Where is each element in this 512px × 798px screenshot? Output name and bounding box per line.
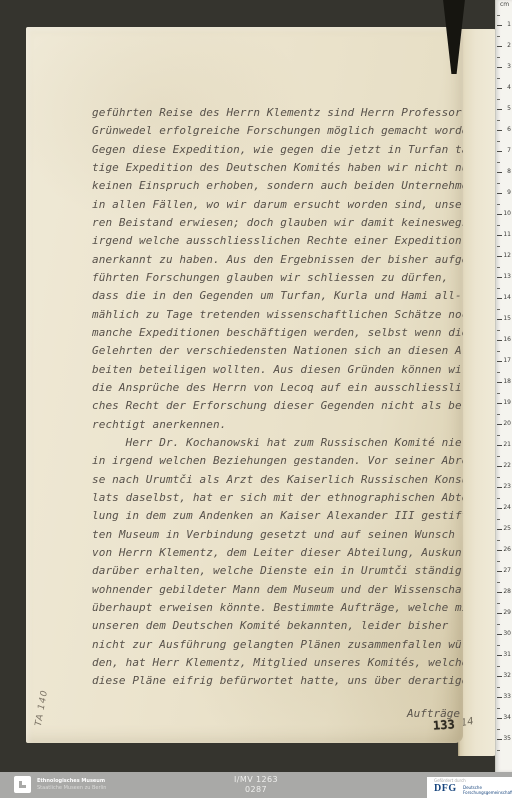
typewritten-line: lung in dem zum Andenken an Kaiser Alexa… xyxy=(92,507,463,525)
typewritten-text-block: geführten Reise des Herrn Klementz sind … xyxy=(92,104,463,691)
ruler-number: 17 xyxy=(503,358,511,364)
ruler-number: 33 xyxy=(503,694,511,700)
typewritten-line: tige Expedition des Deutschen Komités ha… xyxy=(92,159,463,177)
dfg-full-name: Deutsche Forschungsgemeinschaft xyxy=(463,785,512,795)
ruler-number: 16 xyxy=(503,337,511,343)
document-page: geführten Reise des Herrn Klementz sind … xyxy=(26,27,463,743)
ruler-tick-major xyxy=(497,109,502,110)
typewritten-line: ches Recht der Erforschung dieser Gegend… xyxy=(92,397,463,415)
dfg-name-line2: Forschungsgemeinschaft xyxy=(463,790,512,795)
ruler-number: 34 xyxy=(503,715,511,721)
ruler-tick-major xyxy=(497,172,502,173)
ruler-number: 32 xyxy=(503,673,511,679)
ruler-tick-minor xyxy=(497,183,500,184)
ruler-number: 18 xyxy=(503,379,511,385)
typewritten-line: Gegen diese Expedition, wie gegen die je… xyxy=(92,141,463,159)
ruler-number: 4 xyxy=(507,85,511,91)
typewritten-line: rechtigt anerkennen. xyxy=(92,416,463,434)
typewritten-line: mählich zu Tage tretenden wissenschaftli… xyxy=(92,306,463,324)
typewritten-line: von Herrn Klementz, dem Leiter dieser Ab… xyxy=(92,544,463,562)
ruler-tick-major xyxy=(497,508,502,509)
ruler-tick-minor xyxy=(497,141,500,142)
ruler-tick-major xyxy=(497,46,502,47)
ruler-tick-minor xyxy=(497,267,500,268)
ruler-tick-major xyxy=(497,676,502,677)
ruler-number: 29 xyxy=(503,610,511,616)
ruler-tick-minor xyxy=(497,372,500,373)
ruler-tick-minor xyxy=(497,57,500,58)
typewritten-line: die Ansprüche des Herrn von Lecoq auf ei… xyxy=(92,379,463,397)
ruler-tick-major xyxy=(497,319,502,320)
ruler-number: 31 xyxy=(503,652,511,658)
ruler-tick-minor xyxy=(497,309,500,310)
ruler-number: 9 xyxy=(507,190,511,196)
ruler-tick-major xyxy=(497,193,502,194)
typewritten-line: wohnender gebildeter Mann dem Museum und… xyxy=(92,581,463,599)
ruler-tick-minor xyxy=(497,99,500,100)
ruler-tick-major xyxy=(497,592,502,593)
ruler-tick-major xyxy=(497,151,502,152)
ruler-tick-minor xyxy=(497,246,500,247)
ruler-number: 11 xyxy=(503,232,511,238)
ruler-number: 5 xyxy=(507,106,511,112)
ruler-tick-minor xyxy=(497,435,500,436)
ruler-number: 2 xyxy=(507,43,511,49)
ruler-tick-minor xyxy=(497,393,500,394)
scan-viewer: 14 geführten Reise des Herrn Klementz si… xyxy=(0,0,512,798)
ruler-number: 24 xyxy=(503,505,511,511)
ruler-tick-major xyxy=(497,571,502,572)
typewritten-line: in allen Fällen, wo wir darum ersucht wo… xyxy=(92,196,463,214)
ruler-tick-major xyxy=(497,529,502,530)
ruler-tick-major xyxy=(497,256,502,257)
ruler-tick-major xyxy=(497,25,502,26)
ruler-number: 30 xyxy=(503,631,511,637)
ruler-tick-major xyxy=(497,130,502,131)
ruler-tick-minor xyxy=(497,645,500,646)
margin-annotation: TA 140 xyxy=(32,680,52,737)
typewritten-line: ren Beistand erwiesen; doch glauben wir … xyxy=(92,214,463,232)
ruler-tick-minor xyxy=(497,708,500,709)
ruler-tick-minor xyxy=(497,204,500,205)
ruler-tick-minor xyxy=(497,750,500,751)
ruler-tick-major xyxy=(497,718,502,719)
ruler-tick-minor xyxy=(497,15,500,16)
ruler-tick-minor xyxy=(497,729,500,730)
ruler-tick-minor xyxy=(497,582,500,583)
ruler-tick-minor xyxy=(497,288,500,289)
ruler-tick-minor xyxy=(497,687,500,688)
ruler-tick-minor xyxy=(497,624,500,625)
typewritten-line: geführten Reise des Herrn Klementz sind … xyxy=(92,104,463,122)
ruler-number: 13 xyxy=(503,274,511,280)
ruler-tick-minor xyxy=(497,351,500,352)
ruler-number: 1 xyxy=(507,22,511,28)
ruler-tick-minor xyxy=(497,78,500,79)
typewritten-line: lats daselbst, hat er sich mit der ethno… xyxy=(92,489,463,507)
page-number-stamp: 133 xyxy=(433,717,456,732)
ruler-tick-minor xyxy=(497,498,500,499)
ruler-tick-major xyxy=(497,445,502,446)
ruler-tick-major xyxy=(497,277,502,278)
page-stack-edge: 14 xyxy=(458,29,497,756)
ruler-number: 12 xyxy=(503,253,511,259)
ruler-tick-major xyxy=(497,613,502,614)
ruler-number: 10 xyxy=(503,211,511,217)
ruler-tick-major xyxy=(497,487,502,488)
ruler-number: 8 xyxy=(507,169,511,175)
typewritten-line: ten Museum in Verbindung gesetzt und auf… xyxy=(92,526,463,544)
ruler-number: 22 xyxy=(503,463,511,469)
ruler: cm 1234567891011121314151617181920212223… xyxy=(495,0,512,772)
ruler-tick-major xyxy=(497,214,502,215)
ruler-number: 21 xyxy=(503,442,511,448)
typewritten-line: Grünwedel erfolgreiche Forschungen mögli… xyxy=(92,122,463,140)
ruler-number: 6 xyxy=(507,127,511,133)
ruler-tick-major xyxy=(497,550,502,551)
ruler-tick-major xyxy=(497,697,502,698)
typewritten-line: den, hat Herr Klementz, Mitglied unseres… xyxy=(92,654,463,672)
typewritten-line: führten Forschungen glauben wir schliess… xyxy=(92,269,463,287)
typewritten-line: irgend welche ausschliesslichen Rechte e… xyxy=(92,232,463,250)
ruler-tick-major xyxy=(497,298,502,299)
typewritten-line: keinen Einspruch erhoben, sondern auch b… xyxy=(92,177,463,195)
ruler-tick-minor xyxy=(497,414,500,415)
ruler-tick-minor xyxy=(497,36,500,37)
typewritten-line: Gelehrten der verschiedensten Nationen s… xyxy=(92,342,463,360)
ruler-number: 25 xyxy=(503,526,511,532)
dfg-acronym: DFG xyxy=(434,783,457,794)
typewritten-line: anerkannt zu haben. Aus den Ergebnissen … xyxy=(92,251,463,269)
ruler-tick-major xyxy=(497,235,502,236)
ruler-tick-minor xyxy=(497,162,500,163)
ruler-tick-major xyxy=(497,382,502,383)
ruler-tick-major xyxy=(497,67,502,68)
ruler-tick-major xyxy=(497,403,502,404)
typewritten-line: überhaupt erweisen könnte. Bestimmte Auf… xyxy=(92,599,463,617)
ruler-tick-major xyxy=(497,424,502,425)
ruler-number: 19 xyxy=(503,400,511,406)
ruler-tick-major xyxy=(497,655,502,656)
ruler-number: 28 xyxy=(503,589,511,595)
ruler-tick-major xyxy=(497,466,502,467)
ruler-tick-major xyxy=(497,361,502,362)
typewritten-line: diese Pläne eifrig befürwortet hatte, un… xyxy=(92,672,463,690)
ruler-tick-minor xyxy=(497,120,500,121)
ruler-number: 3 xyxy=(507,64,511,70)
ruler-number: 26 xyxy=(503,547,511,553)
ruler-number: 15 xyxy=(503,316,511,322)
typewritten-line: manche Expeditionen beschäftigen werden,… xyxy=(92,324,463,342)
ruler-tick-major xyxy=(497,340,502,341)
ruler-tick-minor xyxy=(497,330,500,331)
dfg-logo: Gefördert durch DFG Deutsche Forschungsg… xyxy=(427,777,512,798)
ruler-tick-minor xyxy=(497,225,500,226)
typewritten-line: nicht zur Ausführung gelangten Plänen zu… xyxy=(92,636,463,654)
ruler-number: 20 xyxy=(503,421,511,427)
ruler-number: 35 xyxy=(503,736,511,742)
ruler-tick-minor xyxy=(497,603,500,604)
typewritten-line: beiten beteiligen wollten. Aus diesen Gr… xyxy=(92,361,463,379)
ruler-tick-minor xyxy=(497,666,500,667)
typewritten-line: in irgend welchen Beziehungen gestanden.… xyxy=(92,452,463,470)
typewritten-line: unseren dem Deutschen Komité bekannten, … xyxy=(92,617,463,635)
ruler-unit-label: cm xyxy=(500,1,509,8)
ruler-tick-major xyxy=(497,739,502,740)
ruler-tick-major xyxy=(497,88,502,89)
typewritten-line: dass die in den Gegenden um Turfan, Kurl… xyxy=(92,287,463,305)
typewritten-line: se nach Urumtči als Arzt des Kaiserlich … xyxy=(92,471,463,489)
ruler-number: 27 xyxy=(503,568,511,574)
ruler-tick-minor xyxy=(497,456,500,457)
ruler-tick-major xyxy=(497,634,502,635)
ruler-tick-minor xyxy=(497,561,500,562)
ruler-tick-minor xyxy=(497,519,500,520)
ruler-number: 7 xyxy=(507,148,511,154)
typewritten-line: darüber erhalten, welche Dienste ein in … xyxy=(92,562,463,580)
ruler-tick-minor xyxy=(497,540,500,541)
ruler-number: 23 xyxy=(503,484,511,490)
footer-bar: Ethnologisches Museum Staatliche Museen … xyxy=(0,772,512,798)
typewritten-line: Herr Dr. Kochanowski hat zum Russischen … xyxy=(92,434,463,452)
ruler-number: 14 xyxy=(503,295,511,301)
ruler-tick-minor xyxy=(497,477,500,478)
